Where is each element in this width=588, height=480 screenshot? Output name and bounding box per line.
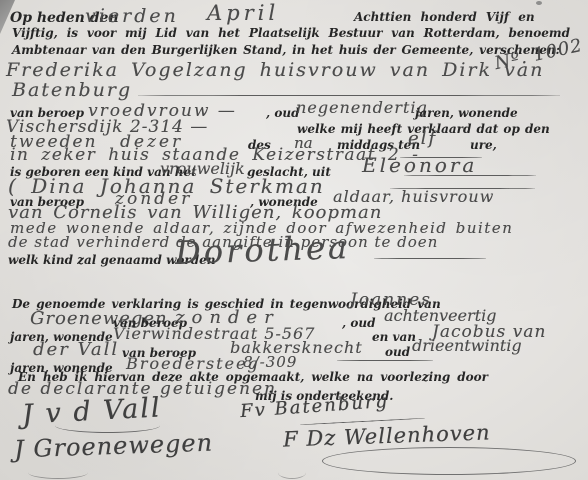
declarant-age: negenendertig: [296, 100, 428, 116]
printed-en-van: en van: [372, 331, 416, 344]
printed-ure: ure,: [470, 139, 497, 152]
cutoff-signature-stroke: [278, 466, 306, 479]
birth-certificate-document: Op heden den vierden April Achttien hond…: [0, 0, 588, 480]
scan-speck: [536, 1, 542, 5]
flourish-line: [138, 95, 560, 96]
flourish-line: [337, 360, 433, 361]
signature-witness-groenewegen: J Groenewegen: [14, 431, 214, 462]
printed-oud-4: oud: [385, 346, 410, 359]
printed-oud-1: , oud: [266, 107, 299, 120]
witness2-address-number: 8/-309: [243, 355, 297, 370]
flourish-line: [374, 258, 486, 259]
hand-day-written: vierden: [85, 7, 179, 26]
printed-ambtenaar-line: Ambtenaar van den Burgerlijken Stand, in…: [12, 44, 560, 57]
declarant-name-line1: Frederika Vogelzang huisvrouw van Dirk v…: [6, 61, 544, 80]
declarant-name-line2: Batenburg: [12, 81, 132, 100]
printed-jaren-wonende-1: jaren, wonende: [415, 107, 518, 120]
printed-vijftig-line: Vijftig, is voor mij Lid van het Plaatse…: [12, 27, 570, 40]
child-name: Dorothea: [174, 231, 350, 269]
signature-flourish-oval: [322, 447, 576, 475]
printed-achttien-honderd: Achttien honderd Vijf en: [354, 11, 535, 24]
mother-name-first: Eleonora: [362, 155, 477, 175]
printed-oud-3: , oud: [342, 317, 375, 330]
witness2-age: drieentwintig: [412, 338, 522, 354]
hand-month: April: [207, 3, 279, 24]
cutoff-signature-stroke: [28, 466, 88, 479]
witness2-name-b: der Vall: [33, 341, 119, 359]
